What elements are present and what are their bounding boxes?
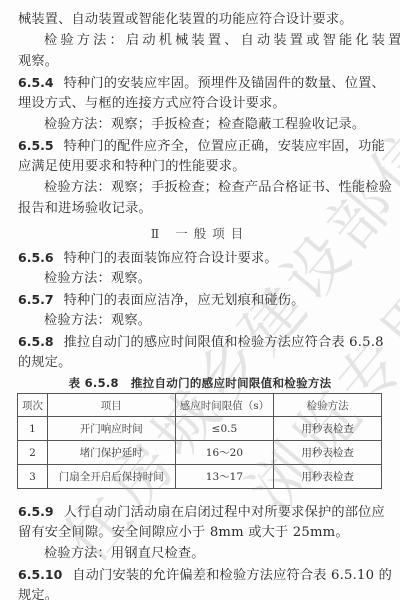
cell-time-limit: ≤0.5: [175, 417, 274, 441]
table-row: 3 门扇全开启后保持时间 13～17 用秒表检查: [18, 465, 382, 489]
clause-number: 6.5.8: [18, 334, 54, 349]
paragraph-line: 报告和进场验收记录。: [18, 199, 384, 219]
cell-method: 用秒表检查: [274, 441, 382, 465]
table-header-row: 项次 项目 感应时间限值（s） 检验方法: [18, 394, 382, 417]
section-heading: Ⅱ 一般项目: [0, 224, 400, 244]
table-number: 表 6.5.8: [69, 376, 119, 390]
clause-6-5-9: 6.5.9人行自动门活动扇在启闭过程中对所要求保护的部位应: [18, 502, 384, 523]
header-index: 项次: [18, 394, 48, 417]
table-title: 推拉自动门的感应时间限值和检验方法: [131, 376, 332, 390]
clause-6-5-6: 6.5.6特种门的表面装饰应符合设计要求。: [18, 248, 384, 269]
inspection-method: 检验方法：用钢直尺检查。: [44, 544, 384, 564]
inspection-method: 检验方法：观察；手扳检查；检查隐蔽工程验收记录。: [44, 115, 384, 135]
table-row: 1 开门响应时间 ≤0.5 用秒表检查: [18, 417, 382, 441]
header-method: 检验方法: [274, 394, 382, 417]
cell-item: 门扇全开启后保持时间: [47, 465, 175, 489]
inspection-method: 检验方法：观察。: [44, 311, 384, 331]
paragraph-line: 应满足使用要求和特种门的性能要求。: [18, 157, 384, 177]
clause-6-5-7: 6.5.7特种门的表面应洁净，应无划痕和碰伤。: [18, 290, 384, 311]
paragraph-line: 观察。: [18, 52, 384, 72]
header-item: 项目: [47, 394, 175, 417]
clause-number: 6.5.6: [18, 250, 54, 265]
clause-6-5-4: 6.5.4特种门的安装应牢固。预埋件及锚固件的数量、位置、: [18, 73, 384, 94]
paragraph-line: 的规定。: [18, 353, 384, 373]
clause-6-5-5: 6.5.5特种门的配件应齐全，位置应正确，安装应牢固，功能: [18, 136, 384, 157]
clause-number: 6.5.9: [18, 504, 54, 519]
inspection-method: 检验方法：启动机械装置、自动装置或智能化装置，: [44, 31, 384, 51]
clause-number: 6.5.4: [18, 75, 54, 90]
cell-time-limit: 16～20: [175, 441, 274, 465]
sensing-time-table: 项次 项目 感应时间限值（s） 检验方法 1 开门响应时间 ≤0.5 用秒表检查…: [17, 393, 382, 489]
clause-number: 6.5.7: [18, 292, 54, 307]
cell-item: 开门响应时间: [47, 417, 175, 441]
cell-method: 用秒表检查: [274, 465, 382, 489]
table-caption: 表 6.5.8推拉自动门的感应时间限值和检验方法: [0, 373, 400, 393]
cell-method: 用秒表检查: [274, 417, 382, 441]
clause-number: 6.5.5: [18, 138, 54, 153]
cell-index: 3: [18, 465, 48, 489]
paragraph-line: 规定。: [18, 586, 384, 600]
cell-index: 1: [18, 417, 48, 441]
cell-time-limit: 13～17: [175, 465, 274, 489]
cell-index: 2: [18, 441, 48, 465]
document-page: 械装置、自动装置或智能化装置的功能应符合设计要求。 检验方法：启动机械装置、自动…: [0, 0, 400, 600]
clause-6-5-10: 6.5.10自动门安装的允许偏差和检验方法应符合表 6.5.10 的: [18, 565, 384, 586]
clause-6-5-8: 6.5.8推拉自动门的感应时间限值和检验方法应符合表 6.5.8: [18, 332, 384, 353]
inspection-method: 检验方法：观察。: [44, 269, 384, 289]
inspection-method: 检验方法：观察；手扳检查；检查产品合格证书、性能检验: [44, 178, 384, 198]
paragraph-line: 埋设方式、与框的连接方式应符合设计要求。: [18, 94, 384, 114]
paragraph-line: 留有安全间隙。安全间隙应小于 8mm 或大于 25mm。: [18, 523, 384, 543]
clause-number: 6.5.10: [18, 567, 62, 582]
header-time-limit: 感应时间限值（s）: [175, 394, 274, 417]
cell-item: 堵门保护延时: [47, 441, 175, 465]
paragraph-line: 械装置、自动装置或智能化装置的功能应符合设计要求。: [18, 10, 384, 30]
table-row: 2 堵门保护延时 16～20 用秒表检查: [18, 441, 382, 465]
